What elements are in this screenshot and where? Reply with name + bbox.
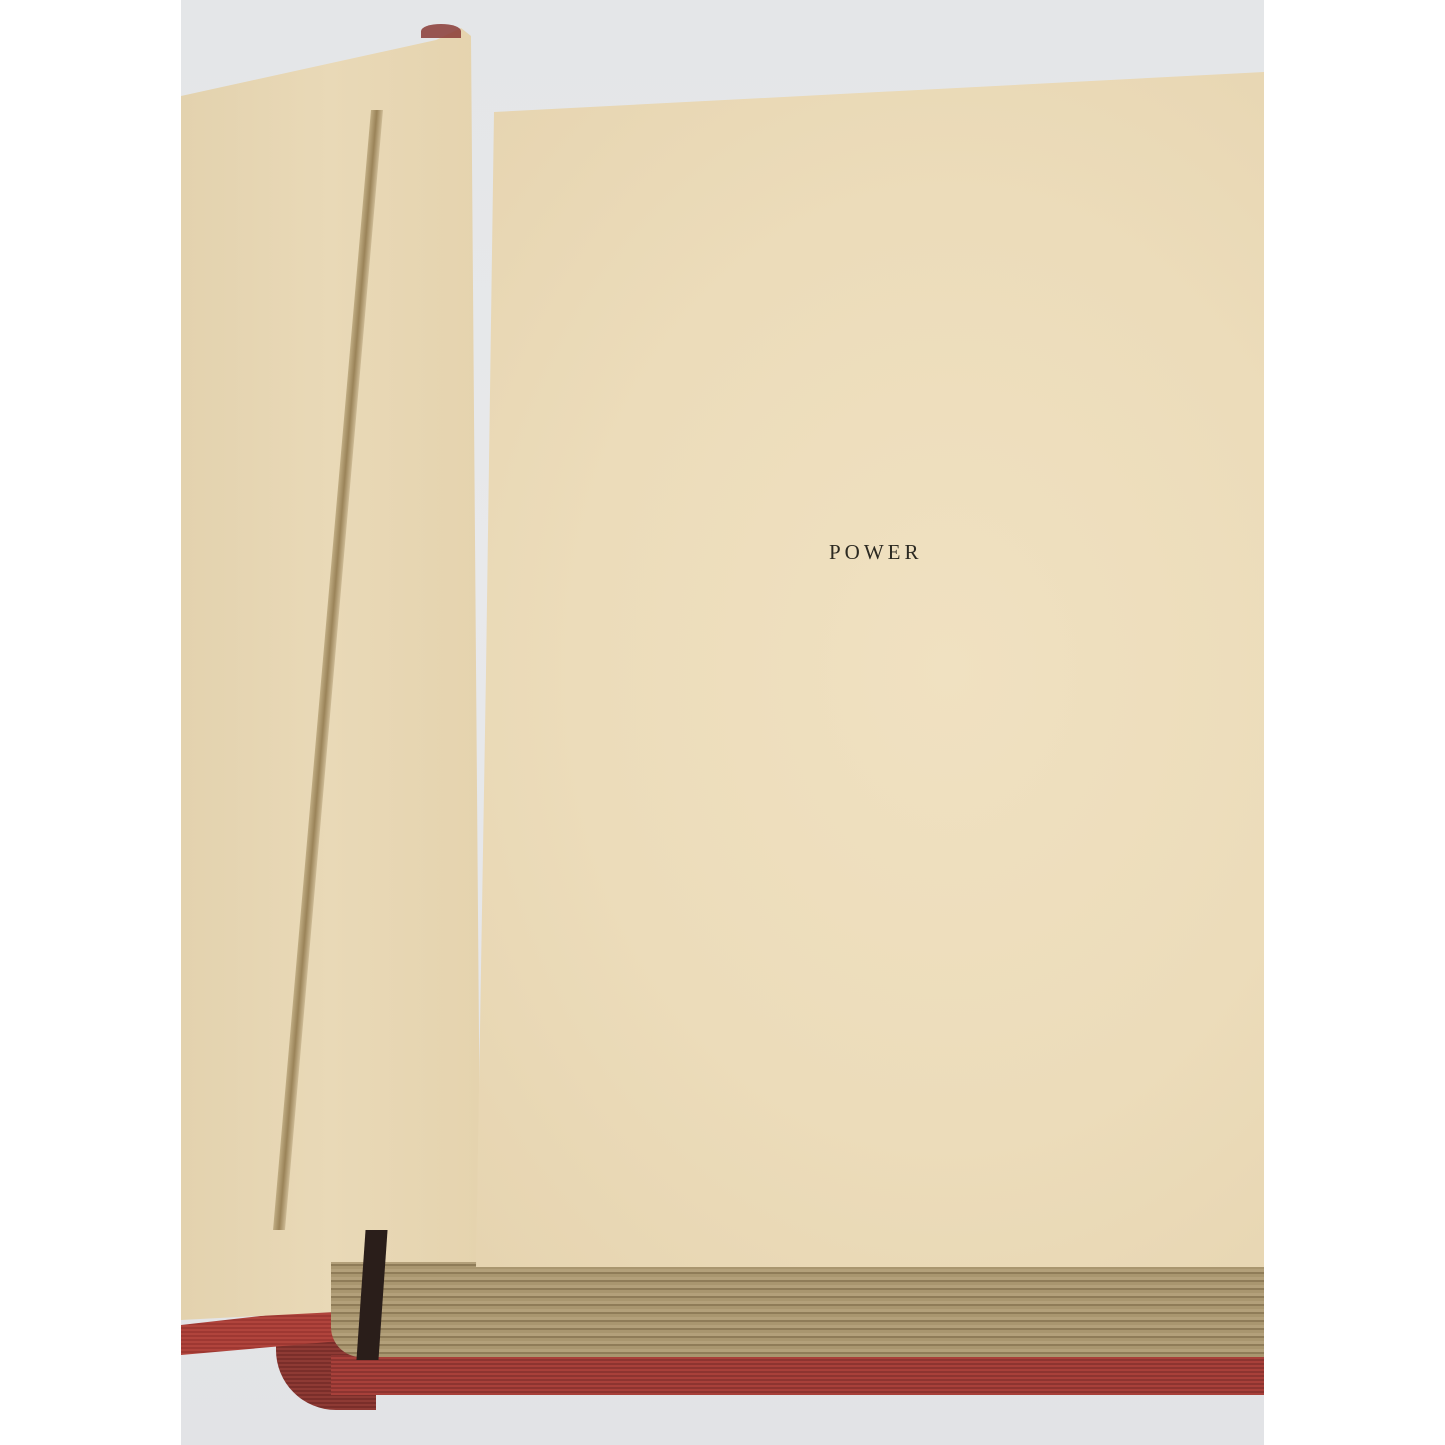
page-title: POWER [829, 540, 923, 565]
page-block-edge [331, 1262, 1264, 1357]
half-title-page [476, 72, 1264, 1267]
back-cover-edge [331, 1355, 1264, 1395]
book-photo [181, 0, 1264, 1445]
cover-top-corner [421, 24, 461, 38]
